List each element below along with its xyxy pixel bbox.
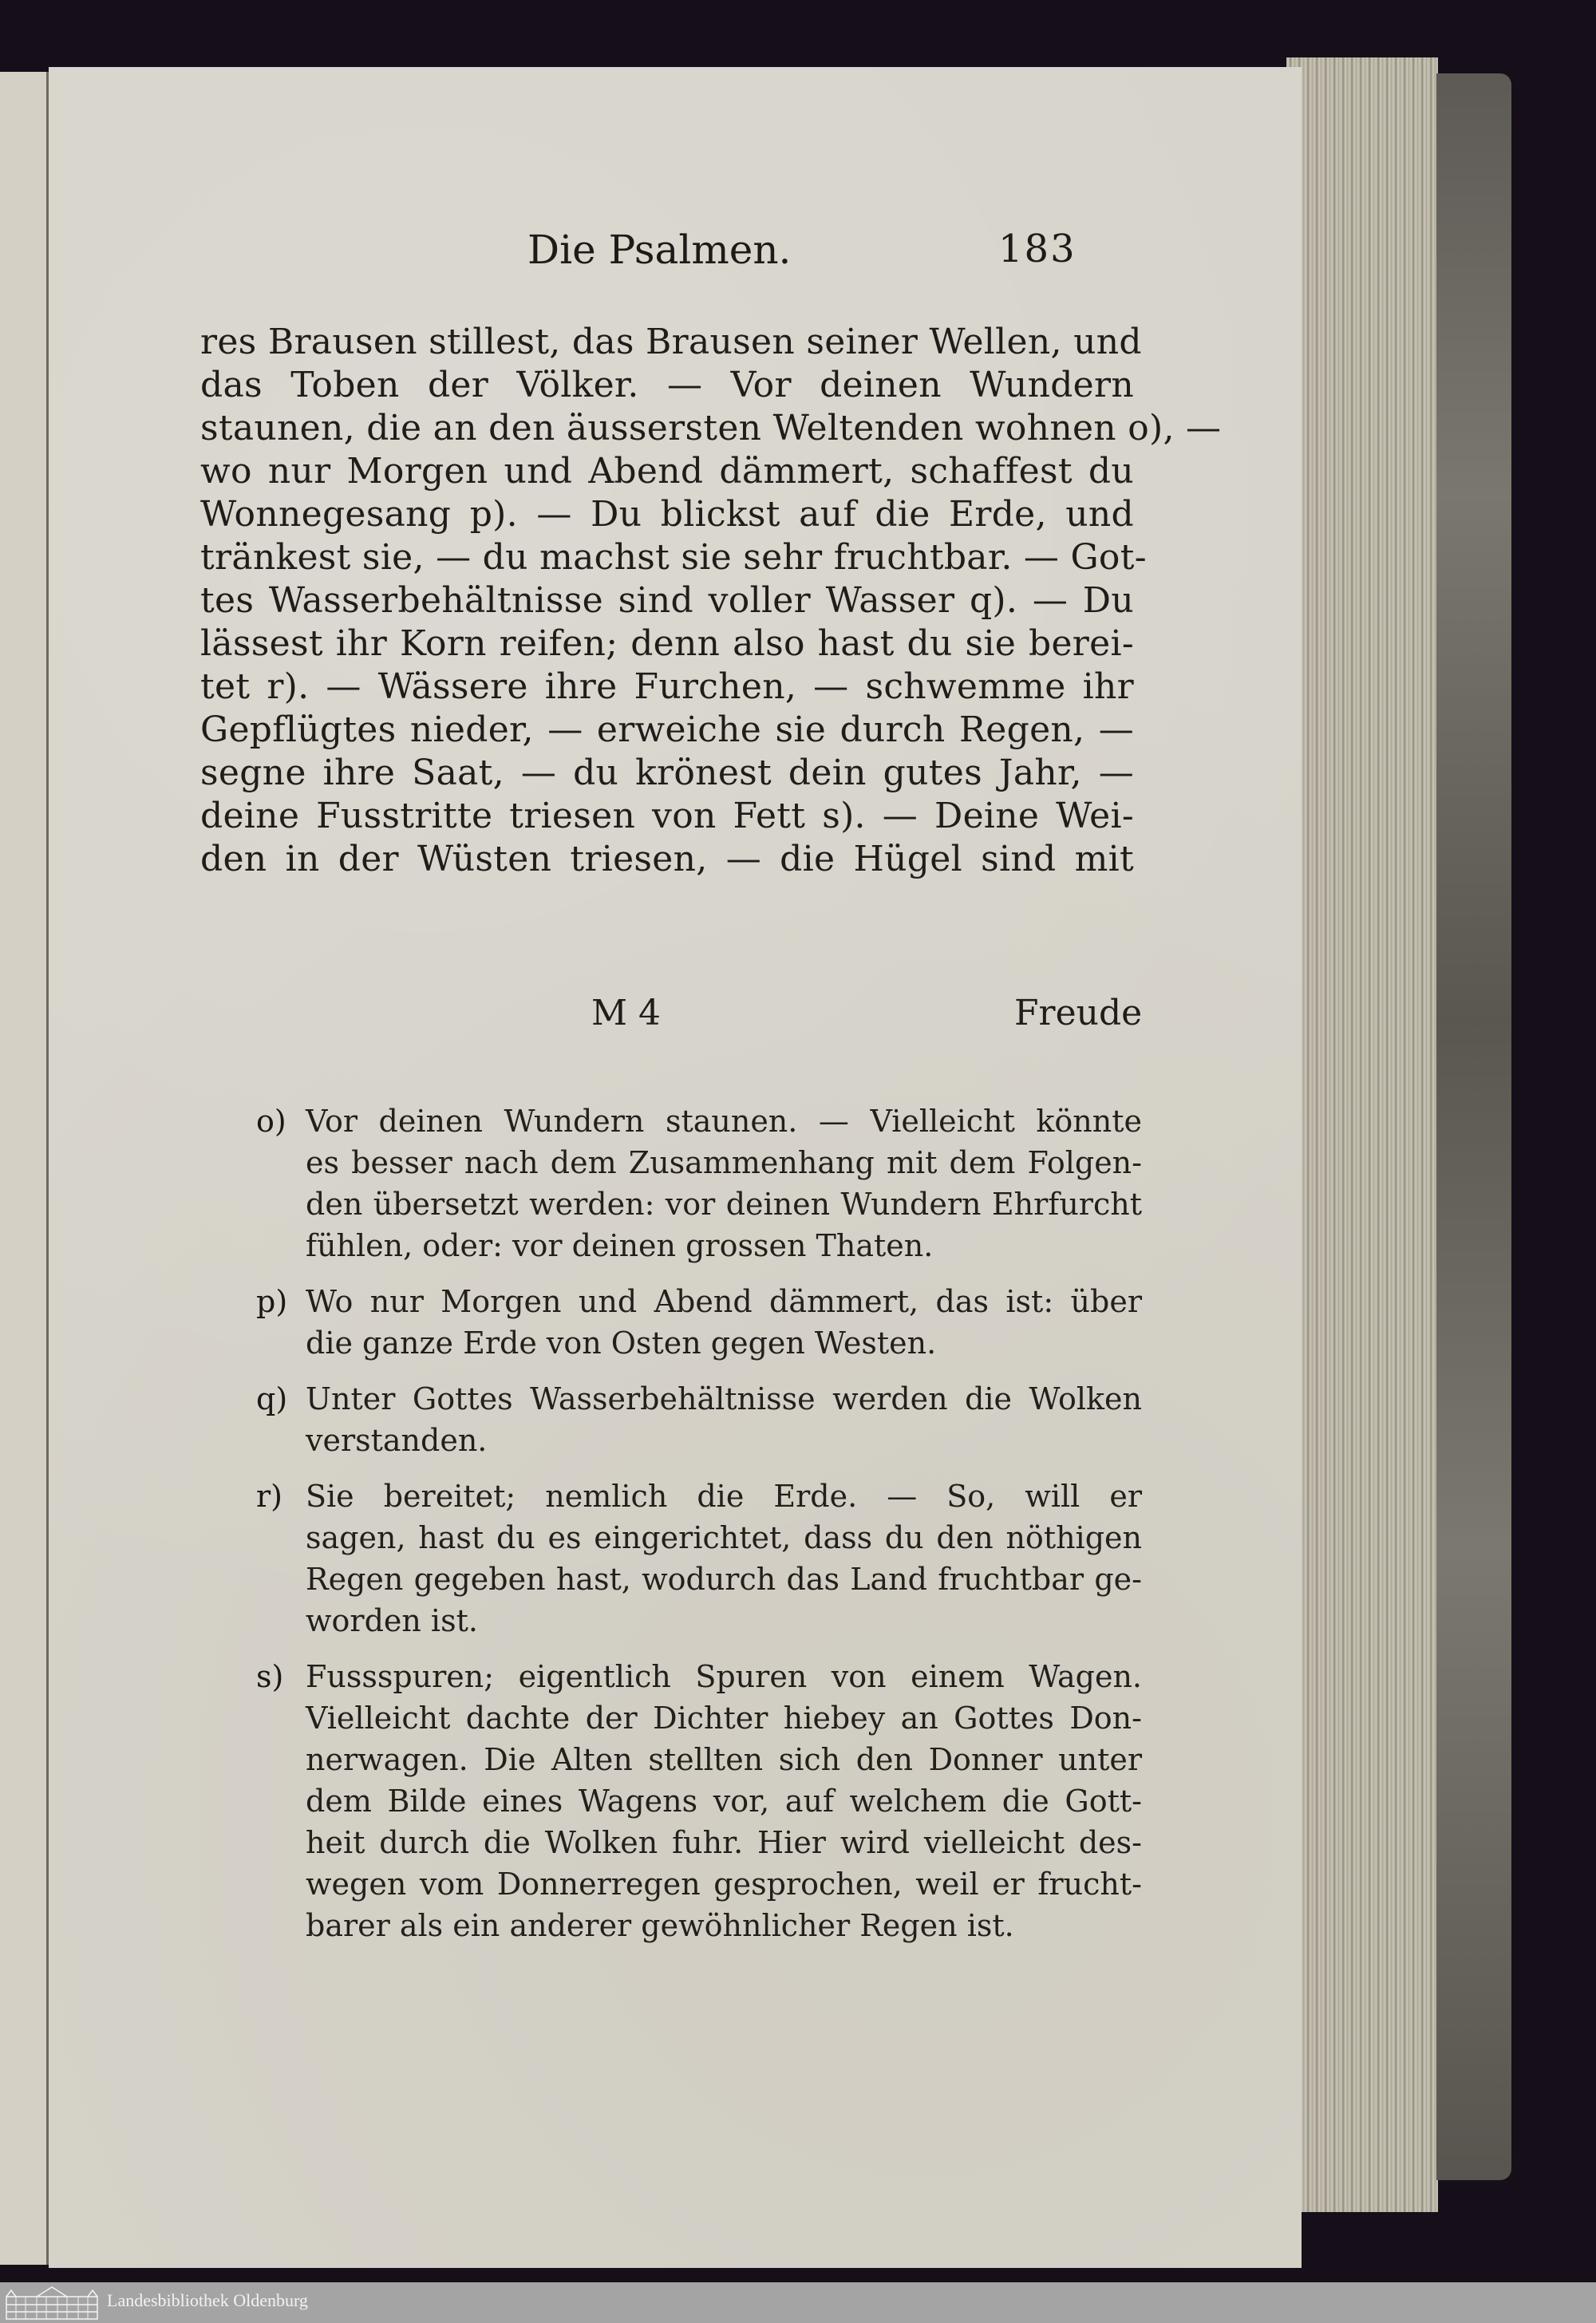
footnote-line: wegen vom Donnerregen gesprochen, weil e… <box>256 1863 1142 1905</box>
text-line: tes Wasserbehältnisse sind voller Wasser… <box>200 579 1134 622</box>
footnote-line: Sie bereitet; nemlich die Erde. — So, wi… <box>256 1476 1142 1517</box>
footnote-marker: q) <box>256 1378 287 1420</box>
footnote-line: die ganze Erde von Osten gegen Westen. <box>256 1322 1142 1364</box>
library-footer: Landesbibliothek Oldenburg <box>0 2282 1596 2323</box>
running-title: Die Psalmen. <box>527 227 791 273</box>
footnote-line: dem Bilde eines Wagens vor, auf welchem … <box>256 1780 1142 1822</box>
footnote-line: Wo nur Morgen und Abend dämmert, das ist… <box>256 1281 1142 1322</box>
footnote-line: Regen gegeben hast, wodurch das Land fru… <box>256 1559 1142 1600</box>
footnote-marker: o) <box>256 1100 286 1142</box>
footnote-line: Unter Gottes Wasserbehältnisse werden di… <box>256 1378 1142 1420</box>
main-text: res Brausen stillest, das Brausen seiner… <box>200 321 1134 881</box>
facing-page-edge <box>0 72 49 2265</box>
library-name: Landesbibliothek Oldenburg <box>107 2290 308 2311</box>
text-line: tet r). — Wässere ihre Furchen, — schwem… <box>200 666 1134 709</box>
footnote-line: barer als ein anderer gewöhnlicher Regen… <box>256 1905 1142 1946</box>
footnote-line: Vor deinen Wundern staunen. — Vielleicht… <box>256 1100 1142 1142</box>
page-header: Die Psalmen. 183 <box>49 227 1302 290</box>
footnote-line: es besser nach dem Zusammenhang mit dem … <box>256 1142 1142 1183</box>
footnote-s: s) Fussspuren; eigentlich Spuren von ein… <box>256 1656 1142 1946</box>
footnote-r: r) Sie bereitet; nemlich die Erde. — So,… <box>256 1476 1142 1642</box>
text-line: wo nur Morgen und Abend dämmert, schaffe… <box>200 450 1134 493</box>
catchword: Freude <box>1014 993 1142 1033</box>
book-page: Die Psalmen. 183 res Brausen stillest, d… <box>49 67 1302 2268</box>
text-line: res Brausen stillest, das Brausen seiner… <box>200 321 1134 364</box>
text-line: Gepflügtes nieder, — erweiche sie durch … <box>200 709 1134 752</box>
footnote-line: sagen, hast du es eingerichtet, dass du … <box>256 1517 1142 1559</box>
footnote-line: worden ist. <box>256 1600 1142 1642</box>
footnote-line: den übersetzt werden: vor deinen Wundern… <box>256 1183 1142 1225</box>
text-line: lässest ihr Korn reifen; denn also hast … <box>200 622 1134 666</box>
signature-row: M 4 Freude <box>49 993 1302 1041</box>
text-line: den in der Wüsten triesen, — die Hügel s… <box>200 838 1134 881</box>
footnote-p: p) Wo nur Morgen und Abend dämmert, das … <box>256 1281 1142 1364</box>
footnote-q: q) Unter Gottes Wasserbehältnisse werden… <box>256 1378 1142 1461</box>
footnote-o: o) Vor deinen Wundern staunen. — Viellei… <box>256 1100 1142 1266</box>
footnote-line: verstanden. <box>256 1420 1142 1461</box>
footnote-line: nerwagen. Die Alten stellten sich den Do… <box>256 1739 1142 1780</box>
text-line: tränkest sie, — du machst sie sehr fruch… <box>200 536 1134 579</box>
footnote-marker: s) <box>256 1656 283 1697</box>
text-line: segne ihre Saat, — du krönest dein gutes… <box>200 752 1134 795</box>
footnote-marker: r) <box>256 1476 282 1517</box>
footnotes: o) Vor deinen Wundern staunen. — Viellei… <box>256 1100 1142 1961</box>
printer-signature: M 4 <box>591 993 661 1033</box>
footnote-marker: p) <box>256 1281 287 1322</box>
footnote-line: Fussspuren; eigentlich Spuren von einem … <box>256 1656 1142 1697</box>
text-line: staunen, die an den äussersten Weltenden… <box>200 407 1134 450</box>
footnote-line: fühlen, oder: vor deinen grossen Thaten. <box>256 1225 1142 1266</box>
page-number: 183 <box>998 227 1077 271</box>
text-line: das Toben der Völker. — Vor deinen Wunde… <box>200 364 1134 407</box>
footnote-line: heit durch die Wolken fuhr. Hier wird vi… <box>256 1822 1142 1863</box>
book-page-edges <box>1286 57 1438 2212</box>
book-cover-edge <box>1436 73 1511 2180</box>
text-line: Wonnegesang p). — Du blickst auf die Erd… <box>200 493 1134 536</box>
text-line: deine Fusstritte triesen von Fett s). — … <box>200 795 1134 838</box>
footnote-line: Vielleicht dachte der Dichter hiebey an … <box>256 1697 1142 1739</box>
library-building-icon <box>5 2285 99 2321</box>
